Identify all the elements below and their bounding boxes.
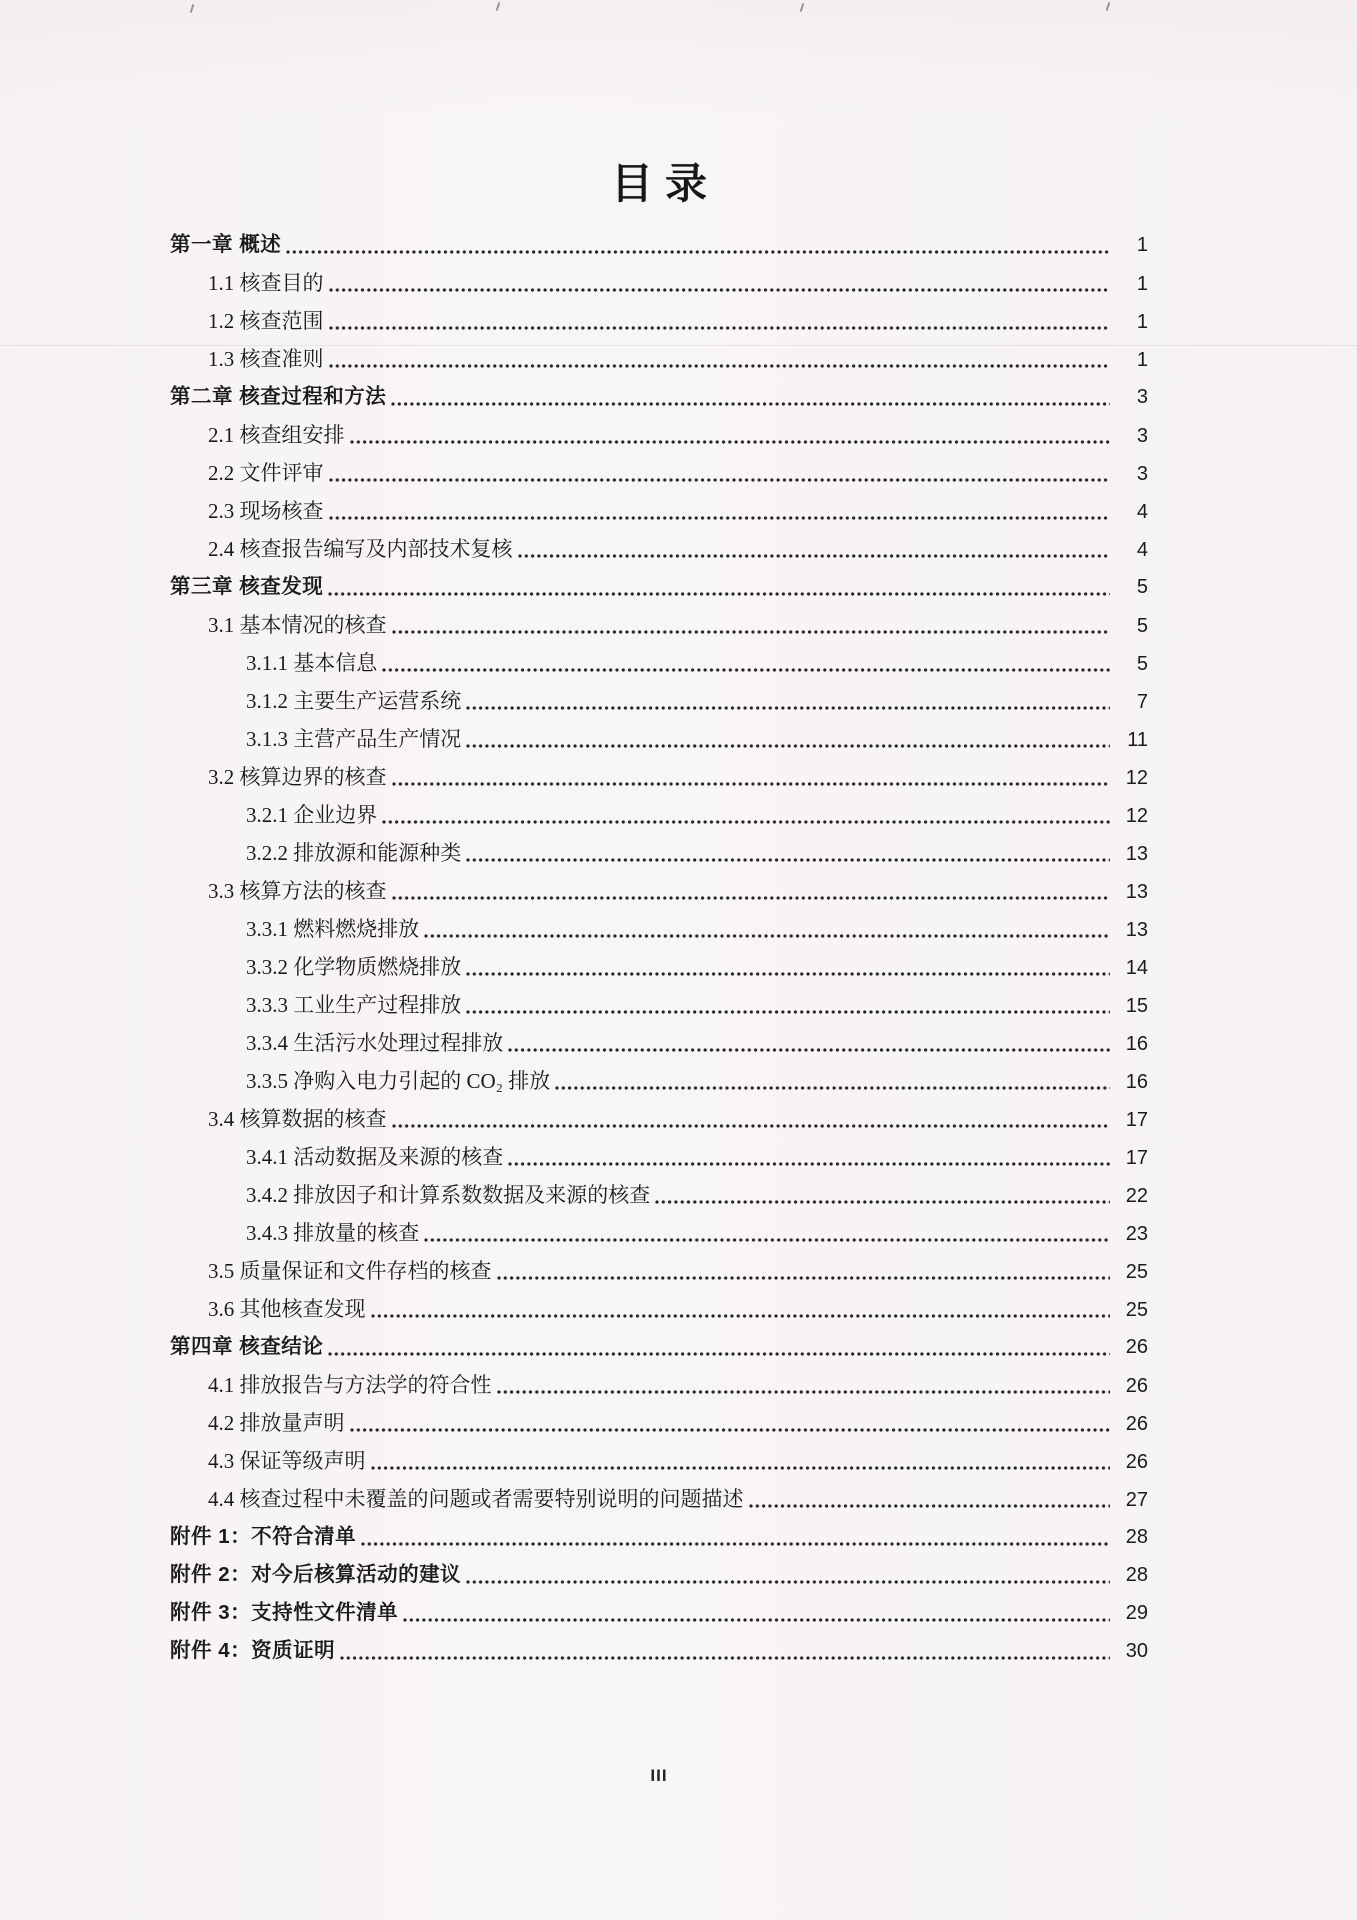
toc-leader-dots — [497, 1366, 1111, 1404]
toc-entry-page: 1 — [1114, 226, 1148, 264]
toc-entry: 2.1 核查组安排 3 — [170, 416, 1148, 454]
toc-leader-dots — [508, 1138, 1110, 1176]
scanned-document-page: 目录 第一章 概述 1 1.1 核查目的 1 1.2 核查范围 1 1.3 核查… — [0, 0, 1357, 1920]
toc-entry: 1.1 核查目的 1 — [170, 264, 1148, 302]
toc-entry-page: 28 — [1114, 1556, 1148, 1594]
toc-leader-dots — [466, 720, 1110, 758]
toc-entry-page: 5 — [1114, 568, 1148, 606]
toc-entry-label: 第二章 核查过程和方法 — [170, 378, 386, 416]
toc-leader-dots — [555, 1062, 1110, 1100]
toc-leader-dots — [361, 1518, 1110, 1556]
toc-leader-dots — [749, 1480, 1111, 1518]
toc-entry-page: 29 — [1114, 1594, 1148, 1632]
toc-entry-label: 3.1.1 基本信息 — [246, 644, 377, 682]
toc-entry-page: 26 — [1114, 1405, 1148, 1443]
toc-entry-page: 30 — [1114, 1632, 1148, 1670]
toc-entry-label: 3.3.4 生活污水处理过程排放 — [246, 1024, 503, 1062]
toc-entry-label: 3.4.3 排放量的核查 — [246, 1214, 419, 1252]
toc-entry: 2.2 文件评审 3 — [170, 454, 1148, 492]
toc-entry: 3.3.4 生活污水处理过程排放 16 — [170, 1024, 1148, 1062]
toc-entry-label: 3.3.3 工业生产过程排放 — [246, 986, 461, 1024]
toc-entry: 3.2 核算边界的核查 12 — [170, 758, 1148, 796]
toc-entry: 附件 3：支持性文件清单 29 — [170, 1594, 1148, 1632]
toc-leader-dots — [382, 796, 1110, 834]
toc-leader-dots — [392, 872, 1111, 910]
toc-entry-page: 13 — [1114, 835, 1148, 873]
toc-leader-dots — [391, 378, 1110, 416]
toc-leader-dots — [350, 1404, 1111, 1442]
toc-entry-label: 第一章 概述 — [170, 226, 281, 264]
toc-leader-dots — [329, 264, 1111, 302]
toc-entry-page: 26 — [1114, 1443, 1148, 1481]
toc-leader-dots — [328, 568, 1110, 606]
toc-leader-dots — [286, 226, 1110, 264]
toc-entry-page: 22 — [1114, 1177, 1148, 1215]
toc-entry-label: 第三章 核查发现 — [170, 568, 323, 606]
toc-leader-dots — [466, 1556, 1110, 1594]
toc-leader-dots — [466, 948, 1110, 986]
toc-entry: 3.4.3 排放量的核查 23 — [170, 1214, 1148, 1252]
toc-entry-page: 1 — [1114, 341, 1148, 379]
toc-entry-page: 13 — [1114, 873, 1148, 911]
toc-entry-label: 4.3 保证等级声明 — [208, 1442, 366, 1480]
table-of-contents: 第一章 概述 1 1.1 核查目的 1 1.2 核查范围 1 1.3 核查准则 … — [170, 226, 1148, 1670]
toc-entry-label: 2.1 核查组安排 — [208, 416, 345, 454]
toc-entry-label: 附件 1：不符合清单 — [170, 1518, 356, 1556]
toc-entry-label: 3.1 基本情况的核查 — [208, 606, 387, 644]
toc-leader-dots — [392, 758, 1111, 796]
toc-entry: 3.1.2 主要生产运营系统 7 — [170, 682, 1148, 720]
toc-entry: 3.3.2 化学物质燃烧排放 14 — [170, 948, 1148, 986]
toc-entry: 第四章 核查结论 26 — [170, 1328, 1148, 1366]
toc-leader-dots — [328, 1328, 1110, 1366]
toc-entry-page: 12 — [1114, 797, 1148, 835]
toc-entry-label: 4.1 排放报告与方法学的符合性 — [208, 1366, 492, 1404]
toc-entry: 3.4.1 活动数据及来源的核查 17 — [170, 1138, 1148, 1176]
toc-leader-dots — [466, 682, 1110, 720]
toc-entry-page: 25 — [1114, 1253, 1148, 1291]
toc-entry-label: 4.4 核查过程中未覆盖的问题或者需要特别说明的问题描述 — [208, 1480, 744, 1518]
toc-entry-page: 28 — [1114, 1518, 1148, 1556]
toc-leader-dots — [403, 1594, 1110, 1632]
toc-entry: 3.6 其他核查发现 25 — [170, 1290, 1148, 1328]
toc-entry-page: 15 — [1114, 987, 1148, 1025]
toc-entry-page: 5 — [1114, 607, 1148, 645]
toc-leader-dots — [329, 492, 1111, 530]
toc-entry-page: 7 — [1114, 683, 1148, 721]
toc-entry-page: 14 — [1114, 949, 1148, 987]
toc-entry-page: 3 — [1114, 417, 1148, 455]
toc-leader-dots — [424, 910, 1110, 948]
toc-content-area: 目录 第一章 概述 1 1.1 核查目的 1 1.2 核查范围 1 1.3 核查… — [170, 0, 1148, 1670]
footer-page-number: III — [170, 1766, 1148, 1786]
toc-entry: 1.3 核查准则 1 — [170, 340, 1148, 378]
toc-entry: 4.1 排放报告与方法学的符合性 26 — [170, 1366, 1148, 1404]
toc-entry-page: 26 — [1114, 1328, 1148, 1366]
toc-entry-label: 2.2 文件评审 — [208, 454, 324, 492]
toc-entry-label: 4.2 排放量声明 — [208, 1404, 345, 1442]
toc-entry-label: 3.3 核算方法的核查 — [208, 872, 387, 910]
toc-entry-page: 12 — [1114, 759, 1148, 797]
toc-entry-label: 1.3 核查准则 — [208, 340, 324, 378]
toc-leader-dots — [350, 416, 1111, 454]
toc-entry-label: 附件 2：对今后核算活动的建议 — [170, 1556, 461, 1594]
toc-entry: 3.3.5 净购入电力引起的 CO₂ 排放 16 — [170, 1062, 1148, 1100]
toc-leader-dots — [424, 1214, 1110, 1252]
toc-leader-dots — [508, 1024, 1110, 1062]
toc-leader-dots — [392, 1100, 1111, 1138]
toc-entry: 4.3 保证等级声明 26 — [170, 1442, 1148, 1480]
toc-leader-dots — [340, 1632, 1110, 1670]
toc-entry: 2.3 现场核查 4 — [170, 492, 1148, 530]
toc-entry-page: 3 — [1114, 455, 1148, 493]
toc-entry-label: 3.2.2 排放源和能源种类 — [246, 834, 461, 872]
toc-entry-page: 13 — [1114, 911, 1148, 949]
toc-entry-page: 26 — [1114, 1367, 1148, 1405]
toc-entry: 3.5 质量保证和文件存档的核查 25 — [170, 1252, 1148, 1290]
toc-entry: 附件 4：资质证明 30 — [170, 1632, 1148, 1670]
toc-entry-page: 1 — [1114, 265, 1148, 303]
toc-entry-label: 3.4.1 活动数据及来源的核查 — [246, 1138, 503, 1176]
toc-entry-label: 3.1.2 主要生产运营系统 — [246, 682, 461, 720]
toc-entry: 附件 1：不符合清单 28 — [170, 1518, 1148, 1556]
toc-entry: 3.4 核算数据的核查 17 — [170, 1100, 1148, 1138]
toc-entry-label: 附件 4：资质证明 — [170, 1632, 335, 1670]
toc-entry-page: 25 — [1114, 1291, 1148, 1329]
toc-leader-dots — [371, 1442, 1111, 1480]
toc-leader-dots — [466, 834, 1110, 872]
toc-entry: 附件 2：对今后核算活动的建议 28 — [170, 1556, 1148, 1594]
toc-leader-dots — [466, 986, 1110, 1024]
toc-entry-label: 附件 3：支持性文件清单 — [170, 1594, 398, 1632]
toc-leader-dots — [518, 530, 1111, 568]
toc-entry-label: 第四章 核查结论 — [170, 1328, 323, 1366]
toc-entry-label: 3.4.2 排放因子和计算系数数据及来源的核查 — [246, 1176, 650, 1214]
toc-entry-page: 23 — [1114, 1215, 1148, 1253]
toc-entry-page: 4 — [1114, 531, 1148, 569]
toc-entry: 3.3.1 燃料燃烧排放 13 — [170, 910, 1148, 948]
toc-entry-label: 3.3.5 净购入电力引起的 CO₂ 排放 — [246, 1062, 550, 1100]
toc-entry-label: 3.6 其他核查发现 — [208, 1290, 366, 1328]
toc-entry-label: 3.3.2 化学物质燃烧排放 — [246, 948, 461, 986]
toc-entry: 2.4 核查报告编写及内部技术复核 4 — [170, 530, 1148, 568]
toc-entry: 3.1.1 基本信息 5 — [170, 644, 1148, 682]
toc-leader-dots — [392, 606, 1111, 644]
toc-entry-page: 11 — [1114, 721, 1148, 759]
toc-leader-dots — [655, 1176, 1110, 1214]
toc-leader-dots — [329, 340, 1111, 378]
toc-entry: 第三章 核查发现 5 — [170, 568, 1148, 606]
toc-leader-dots — [329, 454, 1111, 492]
toc-entry-page: 16 — [1114, 1025, 1148, 1063]
toc-entry-label: 3.3.1 燃料燃烧排放 — [246, 910, 419, 948]
toc-entry-page: 3 — [1114, 378, 1148, 416]
toc-entry-page: 17 — [1114, 1101, 1148, 1139]
toc-entry-page: 4 — [1114, 493, 1148, 531]
toc-entry: 3.3.3 工业生产过程排放 15 — [170, 986, 1148, 1024]
toc-entry: 4.2 排放量声明 26 — [170, 1404, 1148, 1442]
toc-entry-label: 2.4 核查报告编写及内部技术复核 — [208, 530, 513, 568]
toc-entry: 3.1 基本情况的核查 5 — [170, 606, 1148, 644]
toc-entry: 4.4 核查过程中未覆盖的问题或者需要特别说明的问题描述 27 — [170, 1480, 1148, 1518]
toc-entry: 1.2 核查范围 1 — [170, 302, 1148, 340]
toc-entry: 3.2.2 排放源和能源种类 13 — [170, 834, 1148, 872]
toc-entry-page: 17 — [1114, 1139, 1148, 1177]
toc-entry: 第一章 概述 1 — [170, 226, 1148, 264]
toc-entry-label: 3.4 核算数据的核查 — [208, 1100, 387, 1138]
toc-entry-label: 2.3 现场核查 — [208, 492, 324, 530]
page-title: 目录 — [170, 0, 1148, 214]
toc-leader-dots — [382, 644, 1110, 682]
toc-entry-label: 1.2 核查范围 — [208, 302, 324, 340]
toc-entry: 3.3 核算方法的核查 13 — [170, 872, 1148, 910]
toc-entry-label: 1.1 核查目的 — [208, 264, 324, 302]
toc-entry-page: 5 — [1114, 645, 1148, 683]
toc-entry-page: 27 — [1114, 1481, 1148, 1519]
toc-entry: 第二章 核查过程和方法 3 — [170, 378, 1148, 416]
toc-entry-page: 16 — [1114, 1063, 1148, 1101]
toc-entry-label: 3.5 质量保证和文件存档的核查 — [208, 1252, 492, 1290]
toc-leader-dots — [497, 1252, 1111, 1290]
toc-entry-label: 3.1.3 主营产品生产情况 — [246, 720, 461, 758]
toc-entry: 3.4.2 排放因子和计算系数数据及来源的核查 22 — [170, 1176, 1148, 1214]
toc-entry: 3.1.3 主营产品生产情况 11 — [170, 720, 1148, 758]
toc-leader-dots — [329, 302, 1111, 340]
toc-entry-label: 3.2.1 企业边界 — [246, 796, 377, 834]
toc-entry-label: 3.2 核算边界的核查 — [208, 758, 387, 796]
toc-leader-dots — [371, 1290, 1111, 1328]
toc-entry: 3.2.1 企业边界 12 — [170, 796, 1148, 834]
toc-entry-page: 1 — [1114, 303, 1148, 341]
